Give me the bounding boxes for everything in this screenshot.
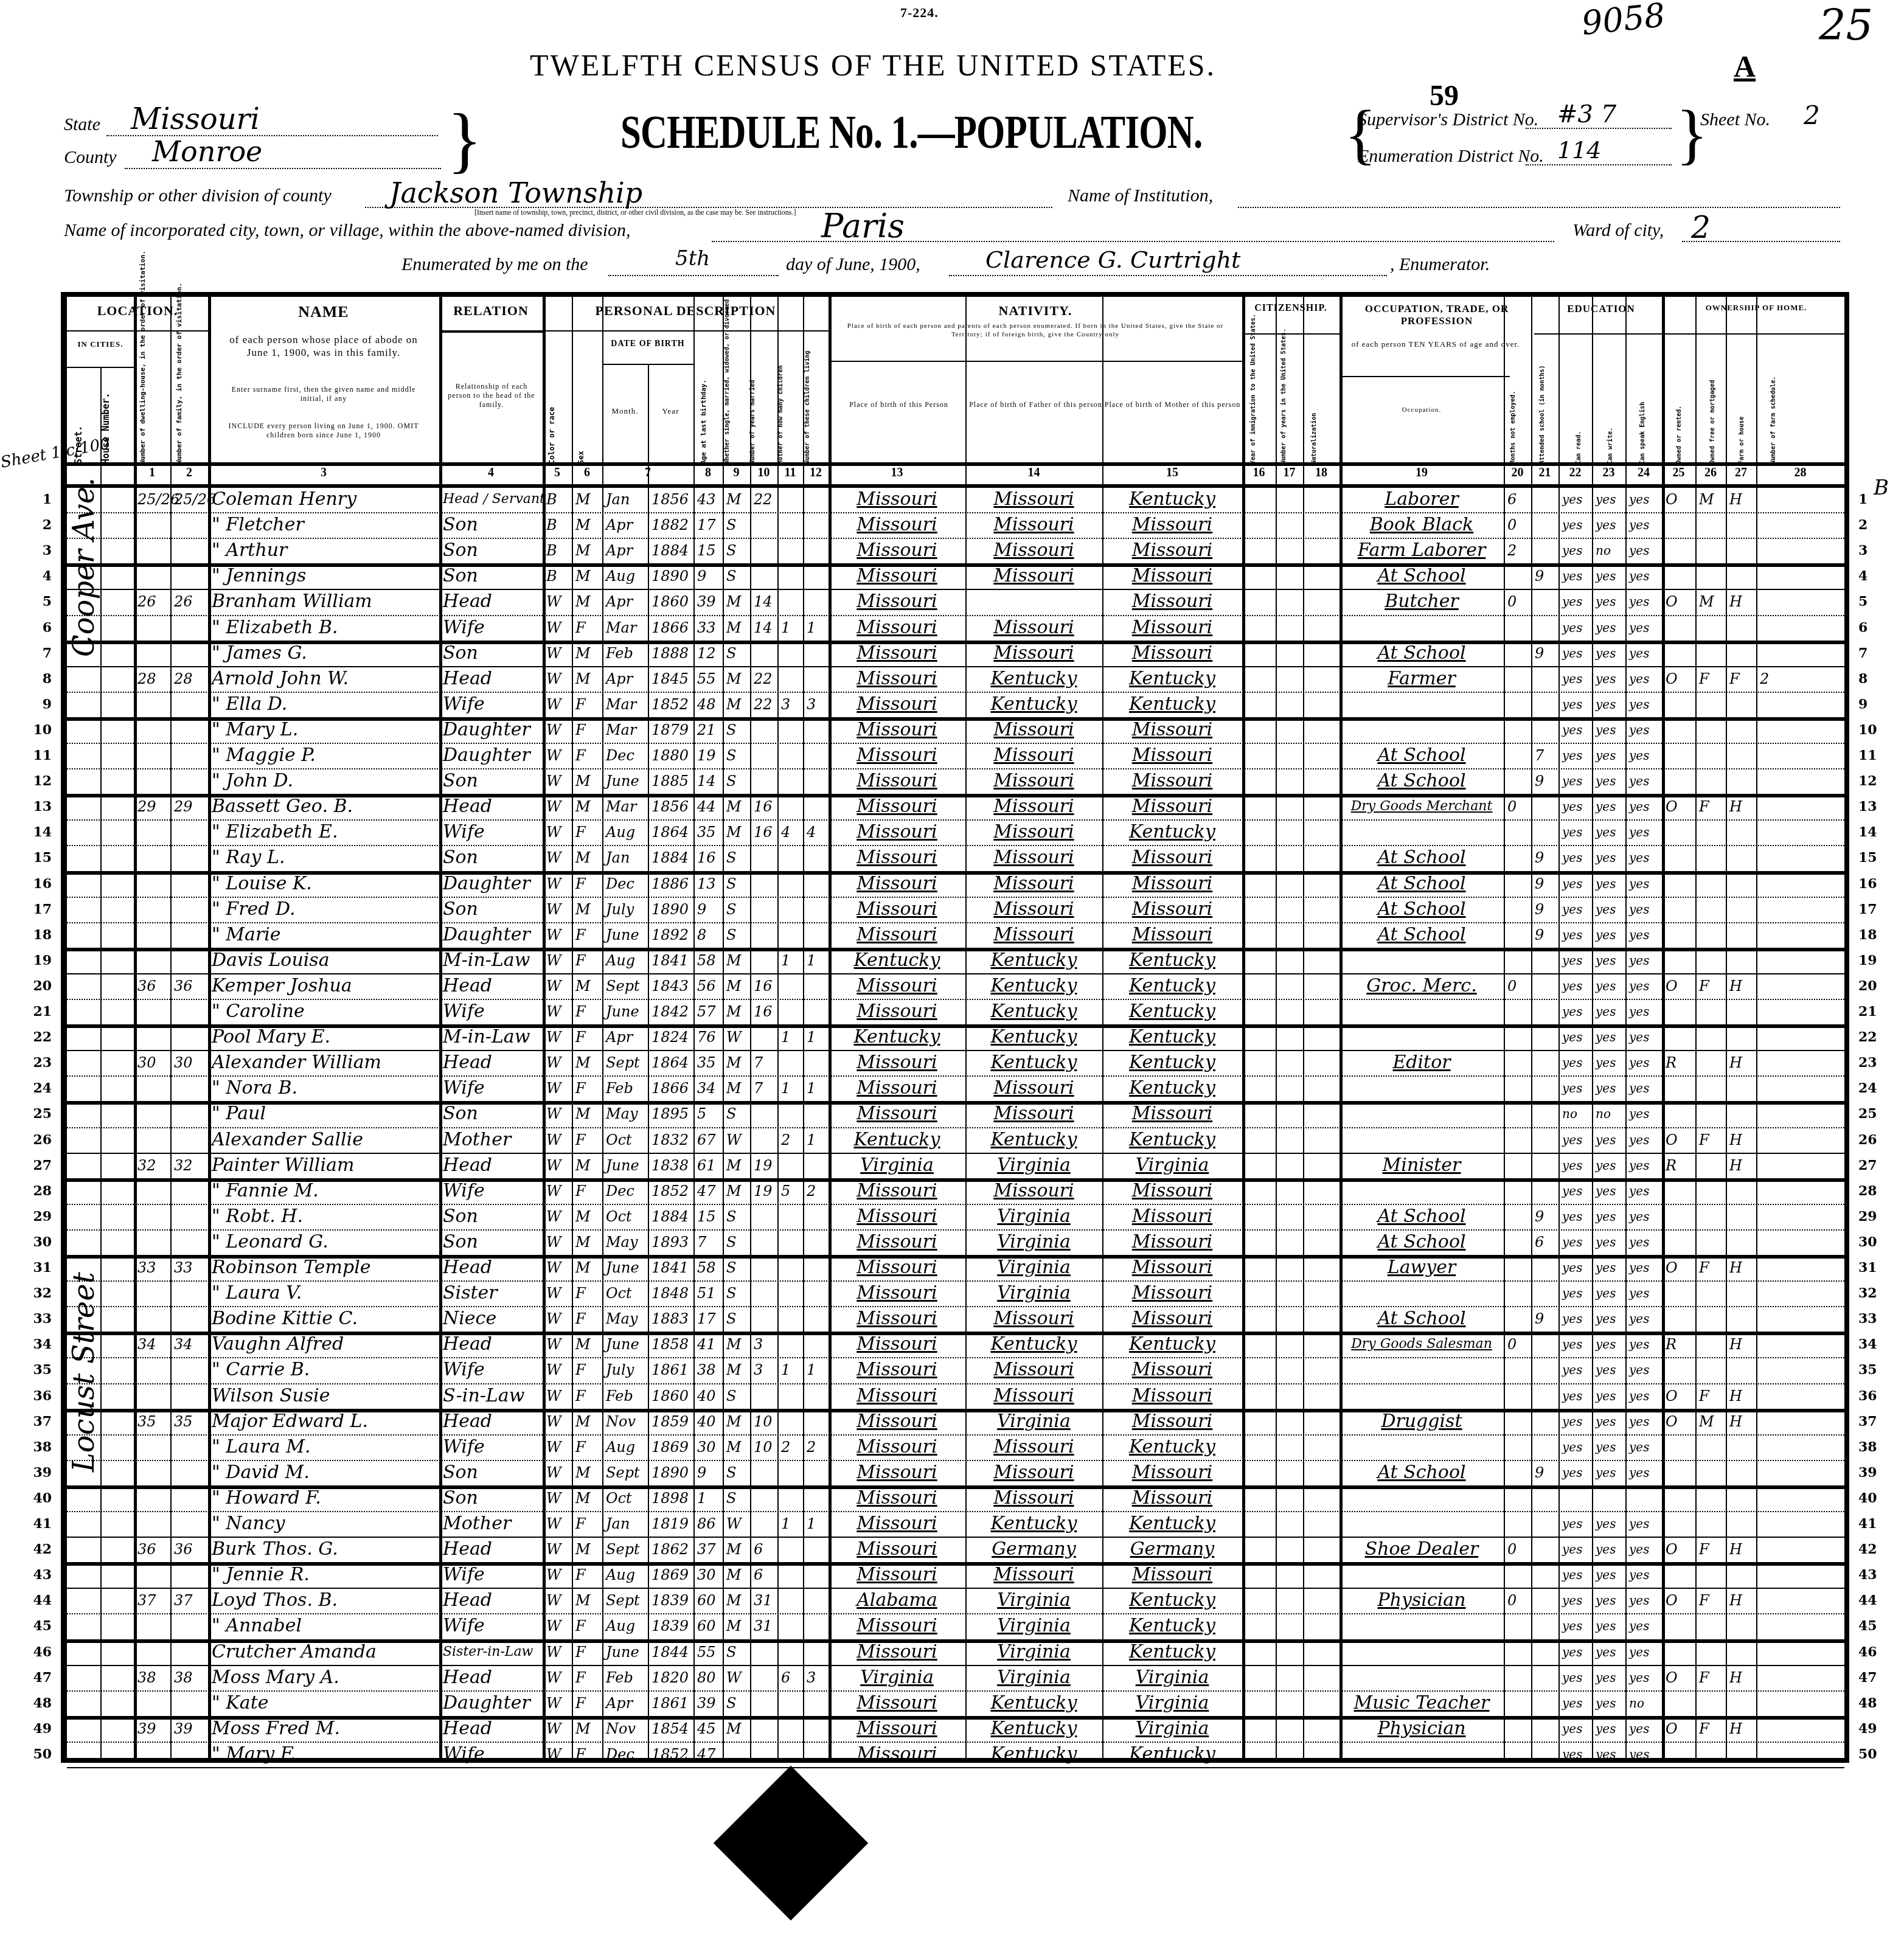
table-row[interactable]: " James G.SonWMFeb188812SMissouriMissour…	[67, 641, 1844, 666]
cell-bf: Missouri	[969, 922, 1099, 948]
cell-ms: M	[726, 1357, 742, 1383]
census-title: TWELFTH CENSUS OF THE UNITED STATES.	[0, 47, 1904, 83]
naturalization-header: Naturalization	[1311, 358, 1318, 464]
table-row[interactable]: " Ella D.WifeWFMar185248M2233MissouriKen…	[67, 692, 1844, 717]
cell-rd: yes	[1562, 1460, 1582, 1485]
cell-sch: 9	[1535, 871, 1544, 897]
cell-wr: yes	[1596, 973, 1616, 999]
table-row[interactable]: " Howard F.SonWMOct18981SMissouriMissour…	[67, 1485, 1844, 1511]
cell-dw: 37	[137, 1588, 156, 1613]
cell-name: " Marie	[212, 922, 281, 948]
cell-bf: Missouri	[969, 615, 1099, 641]
cell-wr: yes	[1596, 666, 1616, 692]
cell-col: W	[546, 1050, 561, 1075]
cell-name: " Mary F.	[212, 1742, 296, 1767]
cell-bm: Germany	[1106, 1537, 1239, 1562]
cell-col: W	[546, 1434, 561, 1460]
form-number: 7-224.	[900, 5, 939, 21]
table-row[interactable]: " Robt. H.SonWMOct188415SMissouriVirgini…	[67, 1204, 1844, 1229]
cell-ms: M	[726, 487, 742, 512]
birth-person-header: Place of birth of this Person	[830, 400, 967, 409]
county-label: County	[64, 147, 117, 168]
row-number-left: 7	[15, 645, 52, 661]
cell-sex: F	[575, 1357, 586, 1383]
cell-rd: yes	[1562, 1127, 1582, 1153]
table-row[interactable]: " KateDaughterWFApr186139SMissouriKentuc…	[67, 1690, 1844, 1716]
table-row[interactable]: 3333Robinson TempleHeadWMJune184158SMiss…	[67, 1255, 1844, 1280]
row-number-right: 35	[1858, 1362, 1895, 1378]
cell-sch: 9	[1535, 563, 1544, 589]
cell-mort: F	[1699, 973, 1709, 999]
cell-ym: 3	[754, 1357, 763, 1383]
cell-col: W	[546, 692, 561, 717]
cell-en: yes	[1629, 948, 1649, 973]
table-row[interactable]: " Fred D.SonWMJuly18909SMissouriMissouri…	[67, 897, 1844, 922]
cell-ym: 14	[754, 589, 773, 614]
row-number-left: 47	[15, 1670, 52, 1686]
cell-mo: Aug	[606, 819, 635, 845]
cell-yr: 1879	[651, 717, 689, 743]
cell-rd: yes	[1562, 794, 1582, 819]
table-row[interactable]: 3030Alexander WilliamHeadWMSept186435M7M…	[67, 1050, 1844, 1075]
row-number-left: 2	[15, 517, 52, 533]
cell-mo: Feb	[606, 1665, 633, 1690]
cell-age: 35	[697, 1050, 716, 1075]
cell-bm: Kentucky	[1106, 1742, 1239, 1767]
cell-mo: Mar	[606, 692, 636, 717]
cell-name: Pool Mary E.	[212, 1024, 330, 1050]
cell-mo: June	[606, 1255, 639, 1280]
cell-bp: Missouri	[832, 1639, 962, 1665]
cell-fam: 29	[174, 794, 193, 819]
cell-name: Moss Fred M.	[212, 1716, 340, 1742]
cell-fam: 39	[174, 1716, 193, 1742]
cell-mo: Feb	[606, 641, 633, 666]
cell-bp: Missouri	[832, 1178, 962, 1204]
cell-sex: M	[575, 768, 591, 794]
cell-en: yes	[1629, 1460, 1649, 1485]
township-value[interactable]: Jackson Township	[389, 176, 642, 209]
table-row[interactable]: " David M.SonWMSept18909SMissouriMissour…	[67, 1460, 1844, 1485]
street-header: Street.	[73, 379, 84, 464]
cell-bf: Missouri	[969, 768, 1099, 794]
cell-rd: yes	[1562, 1537, 1582, 1562]
cell-fam: 28	[174, 666, 193, 692]
cell-wr: yes	[1596, 615, 1616, 641]
cell-en: yes	[1629, 692, 1649, 717]
cell-ms: M	[726, 1153, 742, 1178]
cell-en: yes	[1629, 1050, 1649, 1075]
cell-bf: Virginia	[969, 1588, 1099, 1613]
column-number: 13	[829, 466, 965, 480]
cell-sex: F	[575, 717, 586, 743]
cell-rd: yes	[1562, 743, 1582, 768]
table-row[interactable]: " Mary L.DaughterWFMar187921SMissouriMis…	[67, 717, 1844, 743]
row-number-left: 6	[15, 620, 52, 636]
cell-bf: Kentucky	[969, 1024, 1099, 1050]
table-row[interactable]: " FletcherSonBMApr188217SMissouriMissour…	[67, 512, 1844, 538]
table-row[interactable]: " Leonard G.SonWMMay18937SMissouriVirgin…	[67, 1229, 1844, 1255]
cell-sch: 9	[1535, 1460, 1544, 1485]
cell-bf: Missouri	[969, 1101, 1099, 1127]
cell-bp: Missouri	[832, 1204, 962, 1229]
cell-rd: yes	[1562, 692, 1582, 717]
supervisor-value[interactable]: #3 7	[1557, 100, 1616, 128]
cell-col: W	[546, 948, 561, 973]
cell-col: W	[546, 743, 561, 768]
table-row[interactable]: " Laura V.SisterWFOct184851SMissouriVirg…	[67, 1280, 1844, 1306]
cell-yr: 1852	[651, 1742, 689, 1767]
table-row[interactable]: " Laura M.WifeWFAug186930M1022MissouriMi…	[67, 1434, 1844, 1460]
cell-age: 7	[697, 1229, 706, 1255]
cell-own: O	[1666, 973, 1678, 999]
cell-bf: Missouri	[969, 794, 1099, 819]
cell-wr: yes	[1596, 1075, 1616, 1101]
row-number-left: 45	[15, 1618, 52, 1634]
cell-fh: H	[1729, 1332, 1742, 1357]
cell-name: " Nancy	[212, 1511, 285, 1537]
cell-rd: yes	[1562, 1357, 1582, 1383]
table-row[interactable]: " Jennie R.WifeWFAug186930M6MissouriMiss…	[67, 1562, 1844, 1588]
table-row[interactable]: " Nora B.WifeWFFeb186634M711MissouriMiss…	[67, 1075, 1844, 1101]
cell-fs: 2	[1760, 666, 1769, 692]
cell-ms: S	[726, 922, 736, 948]
cell-occ: Dry Goods Salesman	[1343, 1332, 1500, 1357]
cell-rd: yes	[1562, 922, 1582, 948]
birth-mother-header: Place of birth of Mother of this person	[1104, 400, 1241, 409]
cell-mc: 5	[781, 1178, 790, 1204]
cell-mc: 1	[781, 1024, 790, 1050]
cell-ms: S	[726, 845, 736, 870]
cell-rd: yes	[1562, 589, 1582, 614]
cell-mort: F	[1699, 1665, 1709, 1690]
cell-occ: At School	[1343, 743, 1500, 768]
cell-mo: July	[606, 1357, 634, 1383]
cell-rel: Head	[443, 973, 492, 999]
row-number-left: 48	[15, 1695, 52, 1711]
cell-ms: M	[726, 615, 742, 641]
cell-age: 15	[697, 538, 716, 563]
row-number-right: 31	[1858, 1260, 1895, 1276]
row-number-left: 32	[15, 1285, 52, 1301]
enumeration-district-value[interactable]: 114	[1557, 137, 1602, 164]
table-row[interactable]: Davis LouisaM-in-LawWFAug184158M11Kentuc…	[67, 948, 1844, 973]
cell-bm: Kentucky	[1106, 487, 1239, 512]
table-row[interactable]: Alexander SallieMotherWFOct183267W21Kent…	[67, 1127, 1844, 1153]
cell-en: yes	[1629, 1742, 1649, 1767]
county-value[interactable]: Monroe	[152, 135, 262, 168]
occupation-description: of each person TEN YEARS of age and over…	[1344, 339, 1527, 349]
cell-col: W	[546, 1690, 561, 1716]
cell-bm: Missouri	[1106, 845, 1239, 870]
table-row[interactable]: Pool Mary E.M-in-LawWFApr182476W11Kentuc…	[67, 1024, 1844, 1050]
cell-ym: 3	[754, 1332, 763, 1357]
row-number-left: 39	[15, 1465, 52, 1481]
cell-en: yes	[1629, 768, 1649, 794]
table-row[interactable]: " Fannie M.WifeWFDec185247M1952MissouriM…	[67, 1178, 1844, 1204]
cell-cl: 1	[807, 1024, 816, 1050]
cell-en: yes	[1629, 897, 1649, 922]
ward-value[interactable]: 2	[1691, 210, 1711, 245]
cell-bp: Missouri	[832, 563, 962, 589]
row-number-right: 17	[1858, 901, 1895, 917]
cell-yr: 1866	[651, 1075, 689, 1101]
cell-ym: 16	[754, 973, 773, 999]
row-number-right: 34	[1858, 1336, 1895, 1352]
cell-bm: Virginia	[1106, 1665, 1239, 1690]
cell-mo: Dec	[606, 1178, 634, 1204]
cell-bp: Missouri	[832, 794, 962, 819]
cell-wr: yes	[1596, 1537, 1616, 1562]
column-number: 23	[1592, 466, 1625, 480]
table-row[interactable]: " JenningsSonBMAug18909SMissouriMissouri…	[67, 563, 1844, 589]
cell-fam: 34	[174, 1332, 193, 1357]
table-row[interactable]: " Mary F.WifeWFDec185247MissouriKentucky…	[67, 1742, 1844, 1767]
cell-sex: F	[575, 1127, 586, 1153]
row-number-left: 18	[15, 927, 52, 943]
cell-col: W	[546, 589, 561, 614]
cell-col: W	[546, 666, 561, 692]
row-number-right: 7	[1858, 645, 1895, 661]
cell-rel: Wife	[443, 1075, 485, 1101]
cell-en: yes	[1629, 1204, 1649, 1229]
cell-ym: 22	[754, 487, 773, 512]
cell-name: " Fletcher	[212, 512, 304, 538]
cell-en: yes	[1629, 1409, 1649, 1434]
table-row[interactable]: " John D.SonWMJune188514SMissouriMissour…	[67, 768, 1844, 794]
table-row[interactable]: " MarieDaughterWFJune18928SMissouriMisso…	[67, 922, 1844, 948]
cell-ms: M	[726, 1716, 742, 1742]
cell-rd: yes	[1562, 897, 1582, 922]
cell-occ: At School	[1343, 845, 1500, 870]
table-row[interactable]: Crutcher AmandaSister-in-LawWFJune184455…	[67, 1639, 1844, 1665]
cell-ms: S	[726, 743, 736, 768]
row-number-right: 46	[1858, 1644, 1895, 1660]
column-number: 5	[543, 466, 572, 480]
month-header: Month.	[602, 406, 648, 416]
table-row[interactable]: " Ray L.SonWMJan188416SMissouriMissouriM…	[67, 845, 1844, 870]
cell-name: " David M.	[212, 1460, 310, 1485]
table-row[interactable]: " Maggie P.DaughterWFDec188019SMissouriM…	[67, 743, 1844, 768]
cell-rd: yes	[1562, 666, 1582, 692]
cell-sex: F	[575, 819, 586, 845]
cell-wr: yes	[1596, 819, 1616, 845]
cell-ms: M	[726, 692, 742, 717]
cell-name: " Robt. H.	[212, 1204, 303, 1229]
cell-fam: 25/26	[174, 487, 216, 512]
cell-sex: M	[575, 563, 591, 589]
cell-ms: M	[726, 1075, 742, 1101]
cell-ms: M	[726, 1050, 742, 1075]
cell-cl: 3	[807, 1665, 816, 1690]
cell-sex: F	[575, 1434, 586, 1460]
table-row[interactable]: 3232Painter WilliamHeadWMJune183861M19Vi…	[67, 1153, 1844, 1178]
cell-bp: Missouri	[832, 589, 962, 614]
cell-yr: 1843	[651, 973, 689, 999]
cell-en: yes	[1629, 1537, 1649, 1562]
cell-age: 55	[697, 666, 716, 692]
cell-bp: Missouri	[832, 1357, 962, 1383]
cell-occ: Farmer	[1343, 666, 1500, 692]
cell-name: Arnold John W.	[212, 666, 349, 692]
cell-wr: yes	[1596, 768, 1616, 794]
cell-bp: Missouri	[832, 1613, 962, 1639]
table-row[interactable]: 3636Burk Thos. G.HeadWMSept186237M6Misso…	[67, 1537, 1844, 1562]
cell-sex: M	[575, 1588, 591, 1613]
city-value[interactable]: Paris	[821, 207, 905, 245]
state-value[interactable]: Missouri	[131, 102, 260, 136]
enumeration-underline	[1526, 164, 1672, 165]
cell-en: yes	[1629, 794, 1649, 819]
corner-annotation: 9058	[1580, 0, 1667, 43]
table-row[interactable]: " Carrie B.WifeWFJuly186138M311MissouriM…	[67, 1357, 1844, 1383]
cell-yr: 1824	[651, 1024, 689, 1050]
cell-mort: F	[1699, 1716, 1709, 1742]
cell-col: W	[546, 1460, 561, 1485]
cell-fh: H	[1729, 1127, 1742, 1153]
cell-mo: Jan	[606, 1511, 630, 1537]
cell-name: " Jennie R.	[212, 1562, 310, 1588]
row-number-left: 35	[15, 1362, 52, 1378]
table-row[interactable]: Wilson SusieS-in-LawWFFeb186040SMissouri…	[67, 1383, 1844, 1409]
enumerated-day[interactable]: 5th	[675, 246, 710, 271]
column-number: 26	[1695, 466, 1726, 480]
cell-name: " Annabel	[212, 1613, 302, 1639]
cell-wr: yes	[1596, 871, 1616, 897]
cell-bp: Missouri	[832, 1255, 962, 1280]
table-row[interactable]: " Elizabeth B.WifeWFMar186633M1411Missou…	[67, 615, 1844, 641]
cell-sex: M	[575, 1332, 591, 1357]
cell-yr: 1848	[651, 1280, 689, 1306]
cell-bm: Missouri	[1106, 641, 1239, 666]
cell-bm: Missouri	[1106, 768, 1239, 794]
table-row[interactable]: 2929Bassett Geo. B.HeadWMMar185644M16Mis…	[67, 794, 1844, 819]
cell-bf: Missouri	[969, 1178, 1099, 1204]
cell-yr: 1893	[651, 1229, 689, 1255]
cell-sch: 9	[1535, 1204, 1544, 1229]
cell-wr: yes	[1596, 743, 1616, 768]
cell-own: O	[1666, 1537, 1678, 1562]
cell-mo: July	[606, 897, 634, 922]
cell-sex: M	[575, 1409, 591, 1434]
cell-ms: S	[726, 1485, 736, 1511]
cell-wr: yes	[1596, 897, 1616, 922]
cell-yr: 1869	[651, 1562, 689, 1588]
cell-ym: 7	[754, 1075, 763, 1101]
cell-yr: 1880	[651, 743, 689, 768]
cell-sex: F	[575, 1639, 586, 1665]
cell-yr: 1839	[651, 1613, 689, 1639]
table-row[interactable]: " NancyMotherWFJan181986W11MissouriKentu…	[67, 1511, 1844, 1537]
cell-sex: M	[575, 1101, 591, 1127]
cell-bf: Kentucky	[969, 692, 1099, 717]
table-row[interactable]: 2626Branham WilliamHeadWMApr186039M14Mis…	[67, 589, 1844, 614]
table-row[interactable]: 3737Loyd Thos. B.HeadWMSept183960M31Alab…	[67, 1588, 1844, 1613]
row-number-right: 28	[1858, 1183, 1895, 1199]
table-row[interactable]: " AnnabelWifeWFAug183960M31MissouriVirgi…	[67, 1613, 1844, 1639]
cell-en: yes	[1629, 1716, 1649, 1742]
can-speak-english-header: Can speak English	[1639, 339, 1646, 464]
row-number-left: 24	[15, 1080, 52, 1096]
enumerator-signature[interactable]: Clarence G. Curtright	[985, 246, 1240, 273]
table-row[interactable]: " ArthurSonBMApr188415SMissouriMissouriM…	[67, 538, 1844, 563]
table-row[interactable]: " PaulSonWMMay18955SMissouriMissouriMiss…	[67, 1101, 1844, 1127]
cell-name: Alexander William	[212, 1050, 381, 1075]
cell-wr: yes	[1596, 1280, 1616, 1306]
table-row[interactable]: 3838Moss Mary A.HeadWFFeb182080W63Virgin…	[67, 1665, 1844, 1690]
cell-sex: F	[575, 1613, 586, 1639]
cell-name: Bassett Geo. B.	[212, 794, 353, 819]
ink-blot	[714, 1766, 869, 1921]
row-number-right: 9	[1858, 696, 1895, 712]
table-row[interactable]: 3535Major Edward L.HeadWMNov185940M10Mis…	[67, 1409, 1844, 1434]
cell-bf: Missouri	[969, 563, 1099, 589]
cell-fam: 32	[174, 1153, 193, 1178]
cell-sex: F	[575, 743, 586, 768]
name-instruction-2: INCLUDE every person living on June 1, 1…	[220, 422, 427, 440]
cell-rd: yes	[1562, 948, 1582, 973]
cell-mu: 0	[1507, 1588, 1517, 1613]
family-number-header: Number of family, in the order of visita…	[175, 309, 183, 464]
table-row[interactable]: Bodine Kittie C.NieceWFMay188317SMissour…	[67, 1306, 1844, 1332]
table-row[interactable]: " Louise K.DaughterWFDec188613SMissouriM…	[67, 871, 1844, 897]
cell-bp: Missouri	[832, 845, 962, 870]
cell-ms: S	[726, 641, 736, 666]
cell-rel: Son	[443, 1204, 478, 1229]
cell-bp: Virginia	[832, 1665, 962, 1690]
cell-yr: 1883	[651, 1306, 689, 1332]
cell-ym: 16	[754, 794, 773, 819]
cell-col: W	[546, 845, 561, 870]
cell-bm: Kentucky	[1106, 1588, 1239, 1613]
cell-wr: yes	[1596, 948, 1616, 973]
cell-mo: May	[606, 1229, 638, 1255]
cell-yr: 1841	[651, 1255, 689, 1280]
cell-occ: At School	[1343, 1229, 1500, 1255]
cell-dw: 29	[137, 794, 156, 819]
cell-name: Painter William	[212, 1153, 354, 1178]
column-number: 20	[1504, 466, 1531, 480]
institution-field[interactable]	[1238, 207, 1840, 208]
cell-bf: Kentucky	[969, 1332, 1099, 1357]
table-row[interactable]: 2828Arnold John W.HeadWMApr184555M22Miss…	[67, 666, 1844, 692]
cell-bm: Missouri	[1106, 1357, 1239, 1383]
table-row[interactable]: 25/2625/26Coleman HenryHead / ServantBMJ…	[67, 487, 1844, 512]
cell-yr: 1890	[651, 897, 689, 922]
cell-mo: Feb	[606, 1075, 633, 1101]
table-row[interactable]: " CarolineWifeWFJune184257M16MissouriKen…	[67, 999, 1844, 1024]
row-number-left: 4	[15, 568, 52, 584]
cell-cl: 3	[807, 692, 816, 717]
table-row[interactable]: 3434Vaughn AlfredHeadWMJune185841M3Misso…	[67, 1332, 1844, 1357]
cell-col: W	[546, 1178, 561, 1204]
table-row[interactable]: " Elizabeth E.WifeWFAug186435M1644Missou…	[67, 819, 1844, 845]
cell-rel: Son	[443, 768, 478, 794]
table-row[interactable]: 3636Kemper JoshuaHeadWMSept184356M16Miss…	[67, 973, 1844, 999]
cell-occ: Editor	[1343, 1050, 1500, 1075]
cell-bf: Virginia	[969, 1229, 1099, 1255]
cell-bf: Missouri	[969, 897, 1099, 922]
cell-age: 13	[697, 871, 716, 897]
farm-schedule-header: Number of farm schedule.	[1770, 339, 1777, 464]
owned-free-mortgaged-header: Owned free or mortgaged	[1709, 339, 1716, 464]
cell-rd: yes	[1562, 512, 1582, 538]
cell-mo: Sept	[606, 1537, 640, 1562]
sheet-value[interactable]: 2	[1804, 100, 1820, 130]
cell-bp: Missouri	[832, 615, 962, 641]
table-row[interactable]: 3939Moss Fred M.HeadWMNov185445MMissouri…	[67, 1716, 1844, 1742]
row-number-right: 6	[1858, 620, 1895, 636]
